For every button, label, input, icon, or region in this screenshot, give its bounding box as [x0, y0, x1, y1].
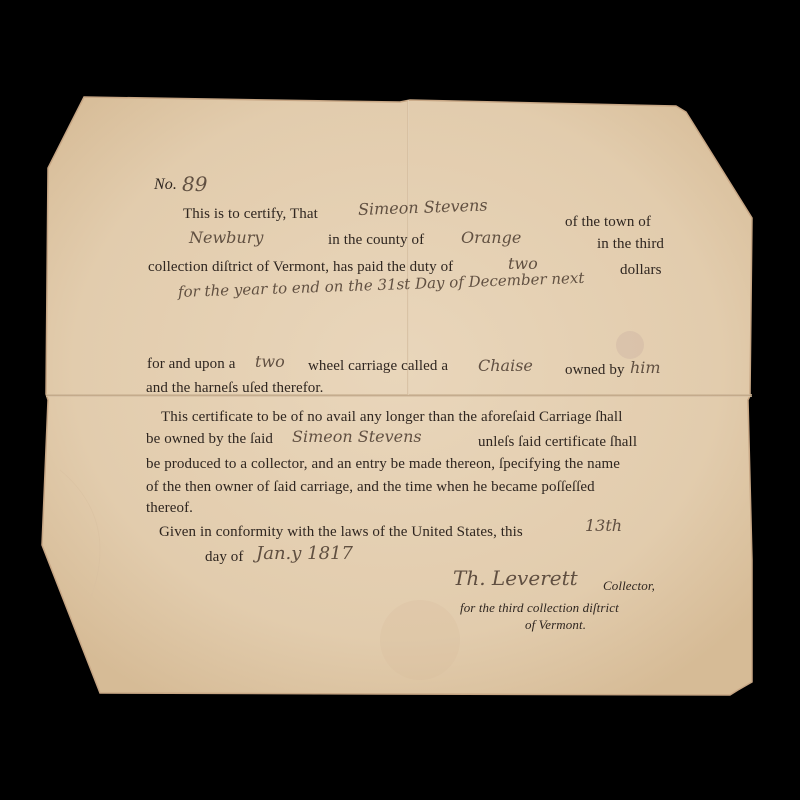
text-county: in the county of: [328, 232, 424, 249]
text-day-of: day of: [205, 549, 244, 566]
paper-shape: [0, 0, 800, 800]
text-thereof: thereof.: [146, 500, 193, 517]
text-then-owner: of the then owner of ſaid carriage, and …: [146, 479, 595, 496]
text-upon: for and upon a: [147, 356, 235, 373]
text-given: Given in conformity with the laws of the…: [159, 524, 523, 541]
handwritten-date: Jan.y 1817: [256, 543, 353, 564]
text-collector: Collector,: [603, 578, 655, 594]
handwritten-wheels: two: [255, 352, 285, 371]
handwritten-day: 13th: [585, 516, 622, 535]
handwritten-carriage-type: Chaise: [478, 356, 533, 375]
text-certify: This is to certify, That: [183, 206, 318, 223]
text-town: of the town of: [565, 214, 651, 231]
handwritten-owner: him: [630, 358, 661, 377]
text-district-sub: for the third collection diſtrict: [460, 600, 619, 616]
text-vermont-sub: of Vermont.: [525, 617, 586, 633]
handwritten-town: Newbury: [189, 228, 263, 247]
certificate-number-label: No.: [154, 176, 177, 194]
text-district: collection diſtrict of Vermont, has paid…: [148, 259, 453, 276]
certificate-paper: [0, 0, 800, 800]
text-carriage: wheel carriage called a: [308, 358, 448, 375]
text-unless: unleſs ſaid certificate ſhall: [478, 434, 637, 451]
handwritten-signature: Th. Leverett: [453, 566, 578, 590]
text-owned: owned by: [565, 362, 625, 379]
text-third: in the third: [597, 236, 664, 253]
text-produced: be produced to a collector, and an entry…: [146, 456, 620, 473]
text-avail: This certificate to be of no avail any l…: [161, 409, 622, 426]
text-owned-by: be owned by the ſaid: [146, 431, 273, 448]
certificate-number: 89: [182, 172, 207, 196]
text-harness: and the harneſs uſed therefor.: [146, 380, 324, 397]
handwritten-county: Orange: [461, 228, 521, 247]
handwritten-owner-name: Simeon Stevens: [292, 427, 422, 446]
text-dollars: dollars: [620, 262, 662, 279]
